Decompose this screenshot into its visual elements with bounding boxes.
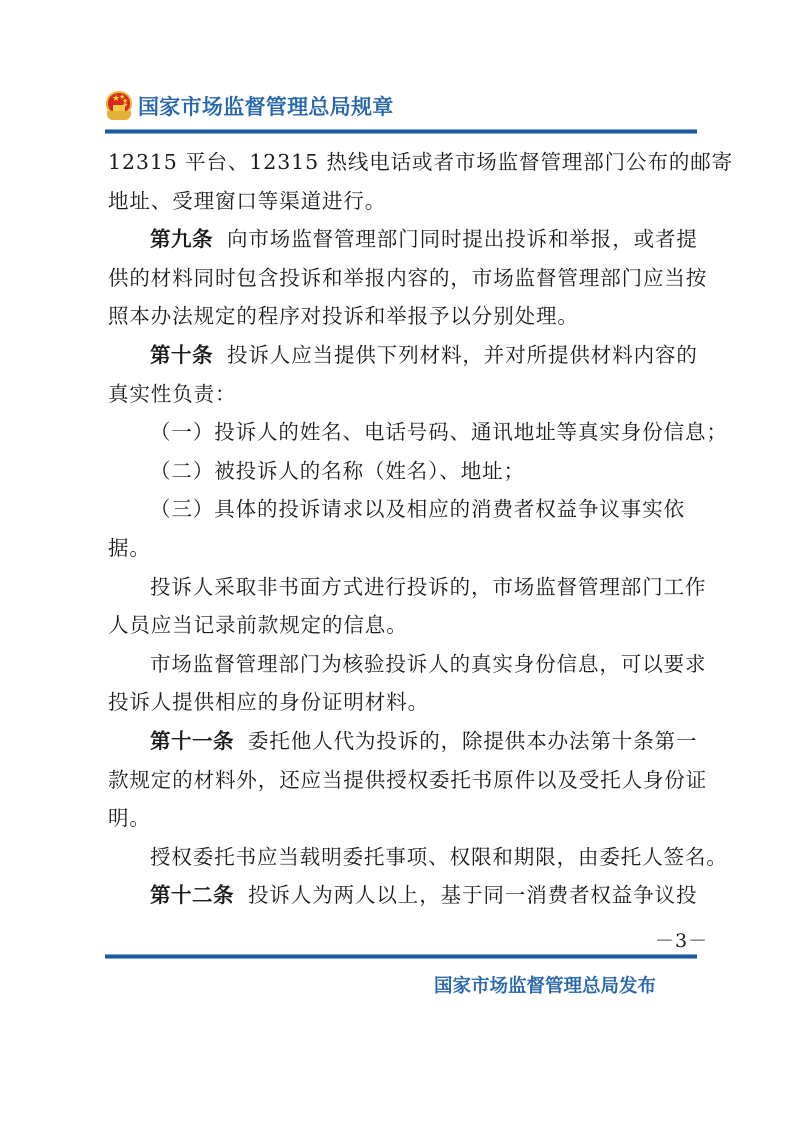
footer-publisher: 国家市场监督管理总局发布 (434, 972, 656, 998)
text-line: 12315 平台、12315 热线电话或者市场监督管理部门公布的邮寄 (108, 143, 692, 182)
article-label: 第十条 (150, 343, 213, 367)
text-line: 供的材料同时包含投诉和举报内容的，市场监督管理部门应当按 (108, 259, 692, 298)
article-label: 第九条 (150, 227, 213, 251)
text-line: （一）投诉人的姓名、电话号码、通讯地址等真实身份信息； (108, 413, 692, 452)
page-number: －3－ (655, 926, 708, 953)
article-line: 第十一条委托他人代为投诉的，除提供本办法第十条第一 (108, 722, 692, 761)
line-text: 12315 平台、12315 热线电话或者市场监督管理部门公布的邮寄 (108, 150, 733, 174)
line-text: 人员应当记录前款规定的信息。 (108, 613, 408, 637)
text-line: 投诉人提供相应的身份证明材料。 (108, 683, 692, 722)
line-text: （二）被投诉人的名称（姓名）、地址； (150, 459, 525, 483)
text-line: （二）被投诉人的名称（姓名）、地址； (108, 452, 692, 491)
text-line: 投诉人采取非书面方式进行投诉的，市场监督管理部门工作 (108, 568, 692, 607)
text-line: 市场监督管理部门为核验投诉人的真实身份信息，可以要求 (108, 645, 692, 684)
text-line: 真实性负责： (108, 375, 692, 414)
text-line: 地址、受理窗口等渠道进行。 (108, 182, 692, 221)
line-text: 真实性负责： (108, 382, 236, 406)
article-label: 第十二条 (150, 883, 234, 907)
line-text: 投诉人为两人以上，基于同一消费者权益争议投 (248, 883, 697, 907)
line-text: （一）投诉人的姓名、电话号码、通讯地址等真实身份信息； (150, 420, 728, 444)
text-line: （三）具体的投诉请求以及相应的消费者权益争议事实依 (108, 490, 692, 529)
line-text: 投诉人采取非书面方式进行投诉的，市场监督管理部门工作 (150, 575, 706, 599)
national-emblem-icon: ★ ★ ★ ★ (104, 91, 134, 121)
line-text: 地址、受理窗口等渠道进行。 (108, 189, 386, 213)
line-text: 委托他人代为投诉的，除提供本办法第十条第一 (248, 729, 697, 753)
text-line: 照本办法规定的程序对投诉和举报予以分别处理。 (108, 297, 692, 336)
line-text: 供的材料同时包含投诉和举报内容的，市场监督管理部门应当按 (108, 266, 707, 290)
line-text: 明。 (108, 806, 151, 830)
article-line: 第十条投诉人应当提供下列材料，并对所提供材料内容的 (108, 336, 692, 375)
document-body: 12315 平台、12315 热线电话或者市场监督管理部门公布的邮寄地址、受理窗… (108, 143, 692, 915)
line-text: 投诉人提供相应的身份证明材料。 (108, 690, 429, 714)
line-text: （三）具体的投诉请求以及相应的消费者权益争议事实依 (150, 497, 685, 521)
page-header: ★ ★ ★ ★ 国家市场监督管理总局规章 (104, 88, 394, 124)
line-text: 照本办法规定的程序对投诉和举报予以分别处理。 (108, 304, 579, 328)
article-line: 第十二条投诉人为两人以上，基于同一消费者权益争议投 (108, 876, 692, 915)
text-line: 据。 (108, 529, 692, 568)
line-text: 向市场监督管理部门同时提出投诉和举报，或者提 (227, 227, 698, 251)
line-text: 授权委托书应当载明委托事项、权限和期限，由委托人签名。 (150, 845, 728, 869)
line-text: 款规定的材料外，还应当提供授权委托书原件以及受托人身份证 (108, 768, 707, 792)
line-text: 投诉人应当提供下列材料，并对所提供材料内容的 (227, 343, 698, 367)
article-label: 第十一条 (150, 729, 234, 753)
header-title: 国家市场监督管理总局规章 (138, 91, 394, 121)
line-text: 据。 (108, 536, 151, 560)
text-line: 明。 (108, 799, 692, 838)
text-line: 款规定的材料外，还应当提供授权委托书原件以及受托人身份证 (108, 761, 692, 800)
text-line: 人员应当记录前款规定的信息。 (108, 606, 692, 645)
header-divider (105, 130, 697, 133)
footer-divider (105, 955, 697, 958)
line-text: 市场监督管理部门为核验投诉人的真实身份信息，可以要求 (150, 652, 706, 676)
text-line: 授权委托书应当载明委托事项、权限和期限，由委托人签名。 (108, 838, 692, 877)
article-line: 第九条向市场监督管理部门同时提出投诉和举报，或者提 (108, 220, 692, 259)
